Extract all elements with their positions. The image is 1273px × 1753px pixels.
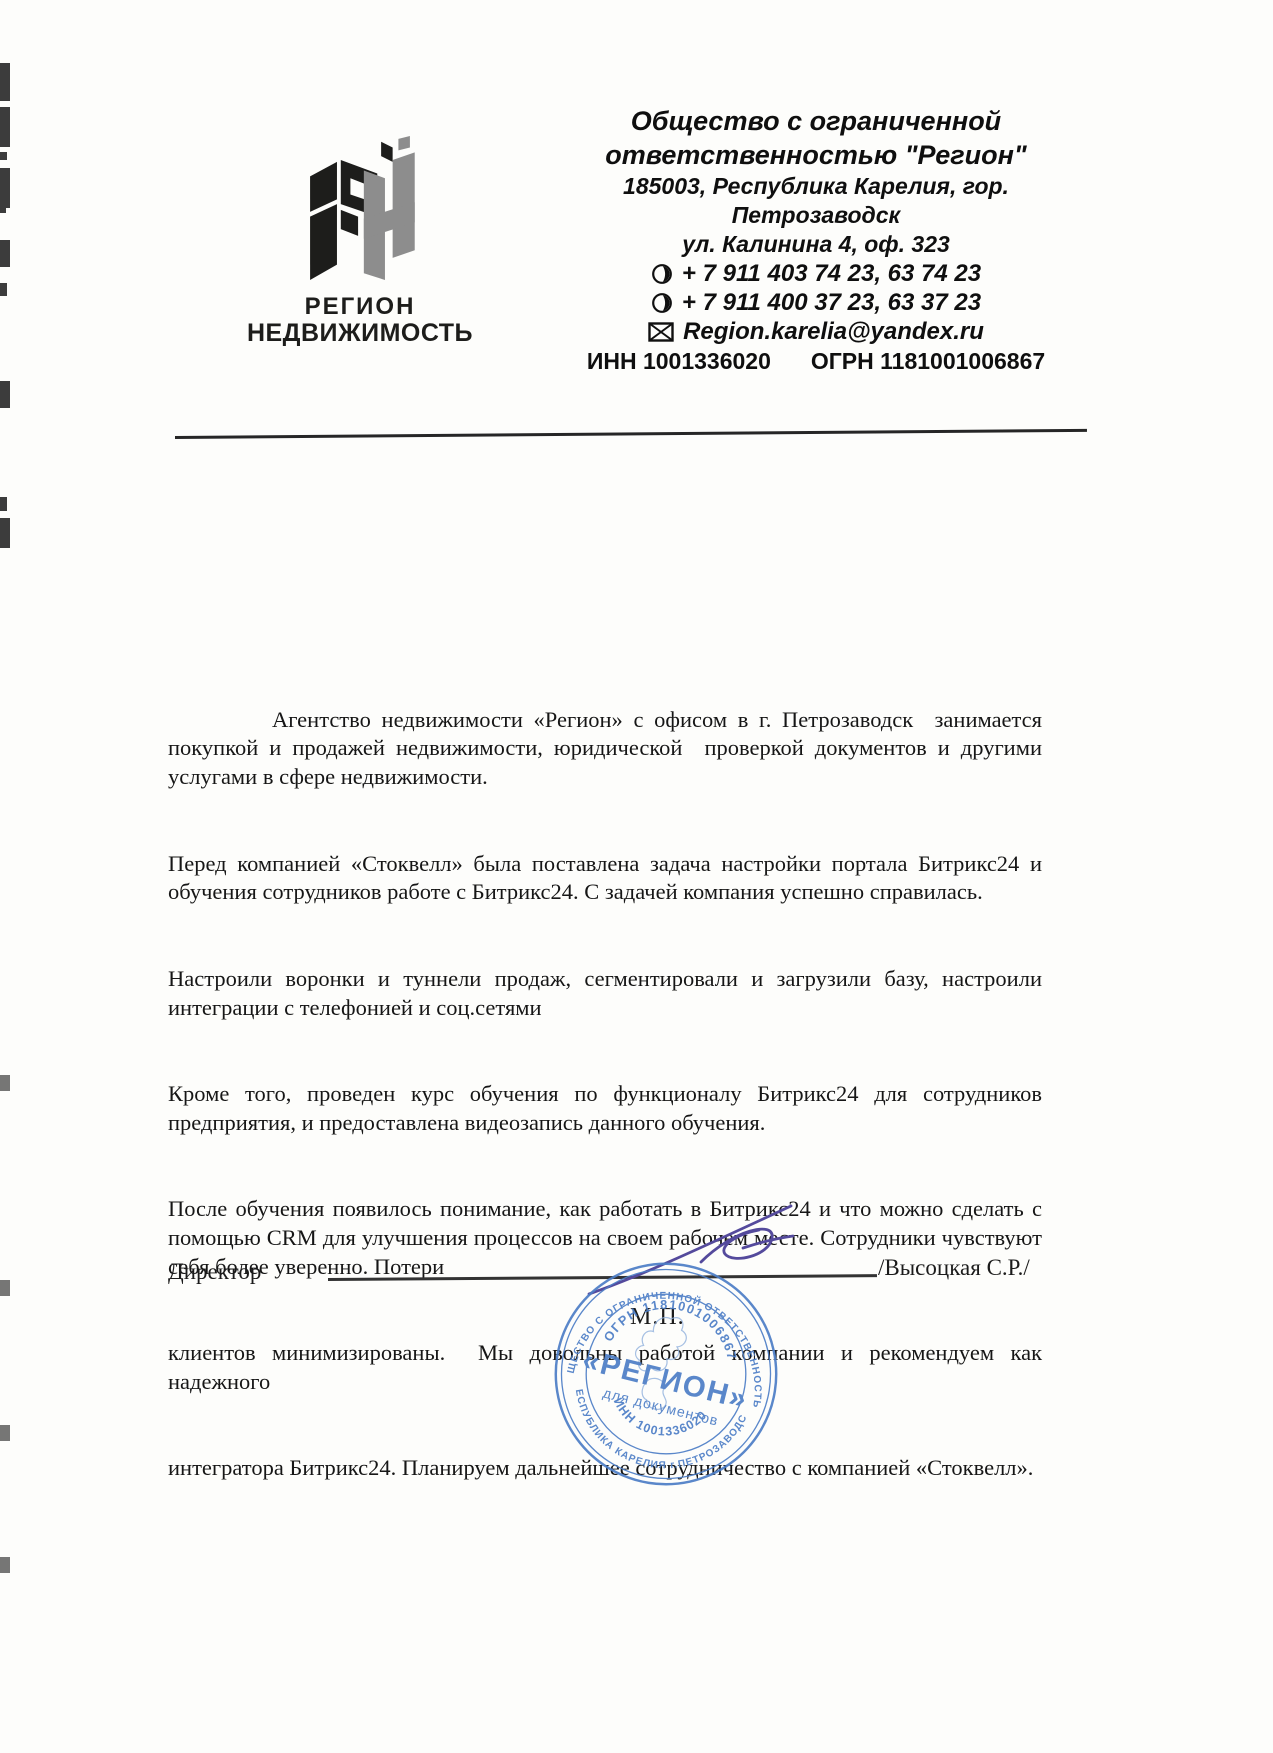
- phone-number-1: + 7 911 403 74 23, 63 74 23: [682, 259, 981, 288]
- org-name-line1: Общество с ограниченной: [540, 104, 1092, 138]
- scan-artifact-mark: [0, 107, 10, 147]
- scanned-letter-page: РЕГИОН НЕДВИЖИМОСТЬ Общество с ограничен…: [0, 0, 1273, 1753]
- phone-number-2: + 7 911 400 37 23, 63 37 23: [682, 288, 981, 317]
- scan-artifact-mark: [0, 63, 10, 101]
- scan-artifact-mark: [0, 168, 10, 208]
- body-paragraph: Настроили воронки и туннели продаж, сегм…: [168, 965, 1042, 1023]
- address-line2: ул. Калинина 4, оф. 323: [540, 230, 1092, 259]
- ogrn-number: ОГРН 1181001006867: [811, 347, 1045, 376]
- registration-ids-row: ИНН 1001336020 ОГРН 1181001006867: [540, 347, 1092, 376]
- inn-number: ИНН 1001336020: [587, 347, 771, 376]
- signer-role-label: Директор: [168, 1259, 261, 1285]
- letterhead-divider-rule: [175, 429, 1087, 439]
- org-name-line2: ответственностью "Регион": [540, 138, 1092, 172]
- scan-artifact-mark: [0, 207, 6, 213]
- phone-row-1: + 7 911 403 74 23, 63 74 23: [540, 259, 1092, 288]
- scan-artifact-mark: [0, 518, 10, 548]
- body-paragraph: Кроме того, проведен курс обучения по фу…: [168, 1080, 1042, 1138]
- body-paragraph: Агентство недвижимости «Регион» с офисом…: [168, 706, 1042, 792]
- email-address: Region.karelia@yandex.ru: [683, 317, 984, 346]
- letterhead-contact-block: Общество с ограниченной ответственностью…: [540, 104, 1092, 376]
- email-row: Region.karelia@yandex.ru: [540, 317, 1092, 346]
- signer-name: /Высоцкая С.Р./: [878, 1255, 1030, 1281]
- scan-artifact-mark: [0, 381, 10, 408]
- phone-row-2: + 7 911 400 37 23, 63 37 23: [540, 288, 1092, 317]
- phone-icon: [651, 263, 673, 285]
- phone-icon: [651, 292, 673, 314]
- scan-artifact-mark: [0, 152, 7, 160]
- scan-artifact-mark: [0, 240, 10, 267]
- logo-wordmark-line2: НЕДВИЖИМОСТЬ: [200, 320, 520, 347]
- scan-artifact-mark: [0, 1557, 10, 1573]
- scan-artifact-mark: [0, 1075, 10, 1091]
- envelope-icon: [648, 322, 674, 342]
- company-logo-block: РЕГИОН НЕДВИЖИМОСТЬ: [200, 136, 520, 347]
- logo-wordmark-line1: РЕГИОН: [200, 294, 520, 320]
- scan-artifact-mark: [0, 283, 7, 296]
- scan-artifact-mark: [0, 497, 7, 511]
- scan-artifact-mark: [0, 1280, 10, 1296]
- body-paragraph: Перед компанией «Стоквелл» была поставле…: [168, 850, 1042, 908]
- scan-artifact-mark: [0, 1425, 10, 1441]
- address-line1: 185003, Республика Карелия, гор. Петроза…: [540, 172, 1092, 230]
- region-logo-icon: [291, 136, 429, 280]
- company-round-stamp: ОБЩЕСТВО С ОГРАНИЧЕННОЙ ОТВЕТСТВЕННОСТЬЮ…: [536, 1244, 797, 1505]
